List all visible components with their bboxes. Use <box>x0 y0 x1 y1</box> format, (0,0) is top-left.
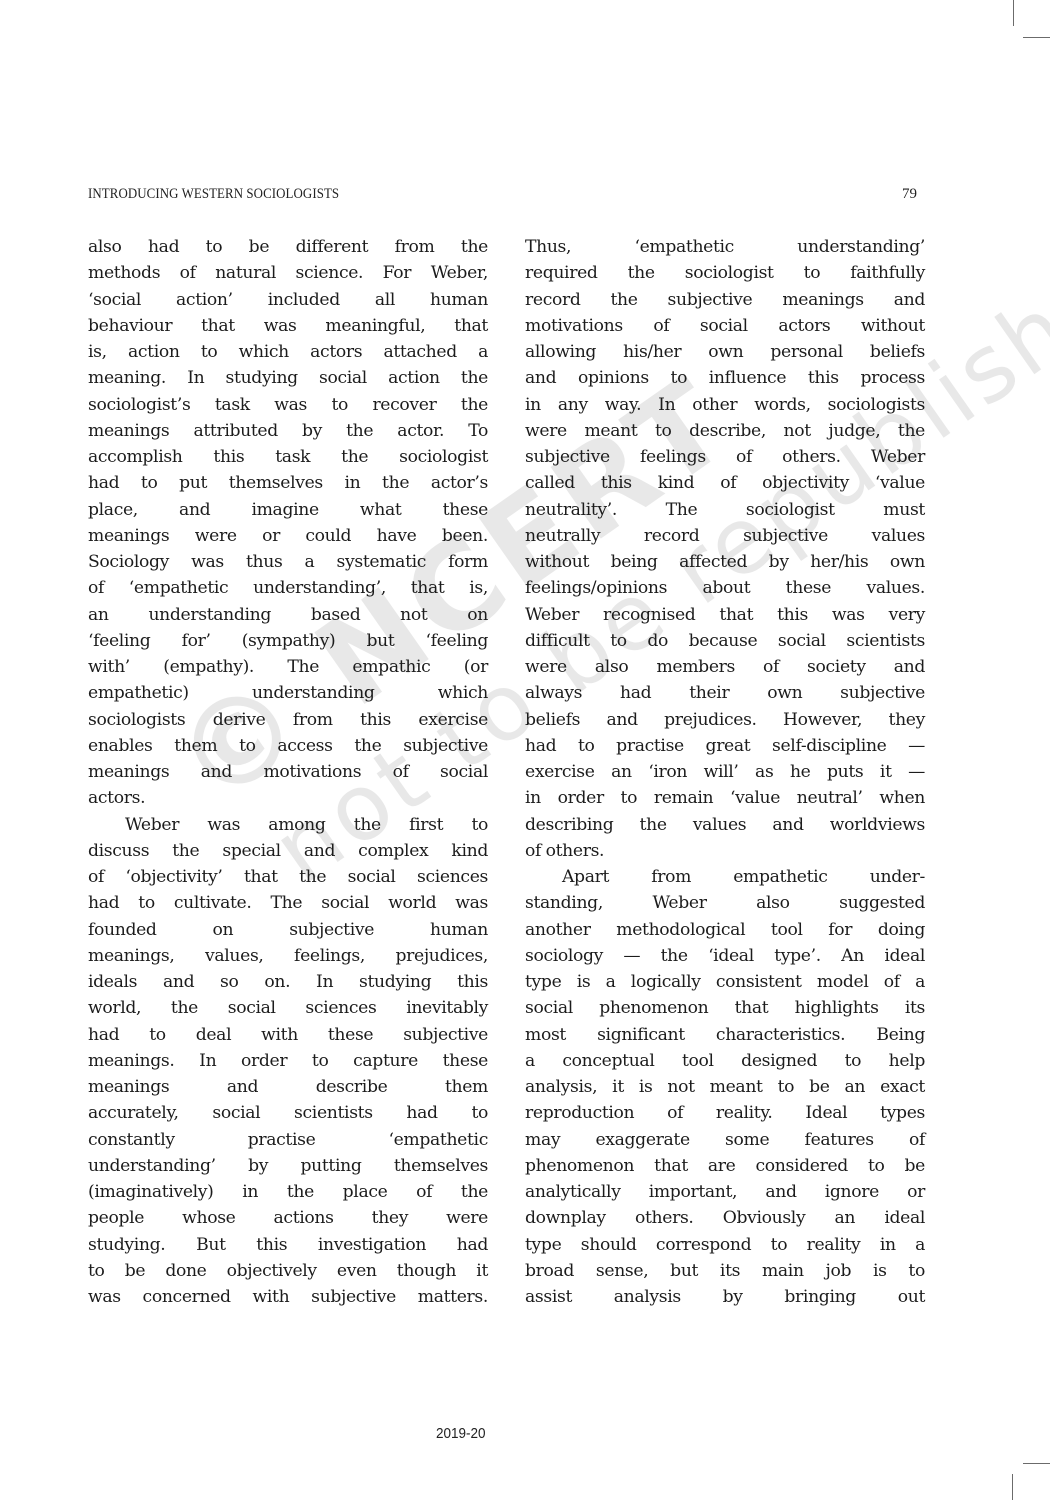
text-line: had to deal with these subjective <box>88 1022 488 1048</box>
text-line: to be done objectively even though it <box>88 1258 488 1284</box>
left-text-column: also had to be different from the method… <box>88 234 488 1310</box>
running-header-title: INTRODUCING WESTERN SOCIOLOGISTS <box>88 186 339 203</box>
paragraph-end-line: of others. <box>525 838 925 864</box>
text-line: is, action to which actors attached a <box>88 339 488 365</box>
text-line: understanding’ by putting themselves <box>88 1153 488 1179</box>
text-line: Weber recognised that this was very <box>525 602 925 628</box>
text-line: meanings were or could have been. <box>88 523 488 549</box>
text-line: world, the social sciences inevitably <box>88 995 488 1021</box>
text-line: without being affected by her/his own <box>525 549 925 575</box>
text-line: and opinions to influence this process <box>525 365 925 391</box>
text-line: in any way. In other words, sociologists <box>525 392 925 418</box>
text-line: accomplish this task the sociologist <box>88 444 488 470</box>
text-line: may exaggerate some features of <box>525 1127 925 1153</box>
text-line: analysis, it is not meant to be an exact <box>525 1074 925 1100</box>
text-line: allowing his/her own personal beliefs <box>525 339 925 365</box>
text-line: motivations of social actors without <box>525 313 925 339</box>
text-line: most significant characteristics. Being <box>525 1022 925 1048</box>
text-line: had to put themselves in the actor’s <box>88 470 488 496</box>
text-line: meaning. In studying social action the <box>88 365 488 391</box>
text-line: type is a logically consistent model of … <box>525 969 925 995</box>
text-line: beliefs and prejudices. However, they <box>525 707 925 733</box>
text-line: sociologists derive from this exercise <box>88 707 488 733</box>
text-line: always had their own subjective <box>525 680 925 706</box>
page-number: 79 <box>902 186 917 203</box>
text-line: phenomenon that are considered to be <box>525 1153 925 1179</box>
text-line: ‘feeling for’ (sympathy) but ‘feeling <box>88 628 488 654</box>
text-line: social phenomenon that highlights its <box>525 995 925 1021</box>
paragraph-end-line: actors. <box>88 785 488 811</box>
text-line: also had to be different from the <box>88 234 488 260</box>
text-line: place, and imagine what these <box>88 497 488 523</box>
text-line: neutrality’. The sociologist must <box>525 497 925 523</box>
text-line: behaviour that was meaningful, that <box>88 313 488 339</box>
text-line: were also members of society and <box>525 654 925 680</box>
text-line: had to practise great self-discipline — <box>525 733 925 759</box>
text-line: an understanding based not on <box>88 602 488 628</box>
footer-edition-year: 2019-20 <box>436 1425 486 1442</box>
text-line: of ‘empathetic understanding’, that is, <box>88 575 488 601</box>
crop-mark-bottom-vertical <box>1012 1474 1013 1500</box>
text-line: exercise an ‘iron will’ as he puts it — <box>525 759 925 785</box>
text-line: neutrally record subjective values <box>525 523 925 549</box>
text-line: reproduction of reality. Ideal types <box>525 1100 925 1126</box>
text-line: broad sense, but its main job is to <box>525 1258 925 1284</box>
text-line: enables them to access the subjective <box>88 733 488 759</box>
text-line: Thus, ‘empathetic understanding’ <box>525 234 925 260</box>
text-line: another methodological tool for doing <box>525 917 925 943</box>
text-line: meanings. In order to capture these <box>88 1048 488 1074</box>
text-line: meanings and motivations of social <box>88 759 488 785</box>
text-line: was concerned with subjective matters. <box>88 1284 488 1310</box>
text-line: empathetic) understanding which <box>88 680 488 706</box>
text-line: meanings attributed by the actor. To <box>88 418 488 444</box>
crop-mark-top-horizontal <box>1023 37 1050 38</box>
paragraph-start-line: Weber was among the first to <box>88 812 488 838</box>
text-line: discuss the special and complex kind <box>88 838 488 864</box>
text-line: analytically important, and ignore or <box>525 1179 925 1205</box>
text-line: Sociology was thus a systematic form <box>88 549 488 575</box>
text-line: standing, Weber also suggested <box>525 890 925 916</box>
text-line: constantly practise ‘empathetic <box>88 1127 488 1153</box>
text-line: (imaginatively) in the place of the <box>88 1179 488 1205</box>
text-line: ‘social action’ included all human <box>88 287 488 313</box>
text-line: had to cultivate. The social world was <box>88 890 488 916</box>
text-line: were meant to describe, not judge, the <box>525 418 925 444</box>
crop-mark-top-vertical <box>1013 0 1014 26</box>
text-line: studying. But this investigation had <box>88 1232 488 1258</box>
text-line: methods of natural science. For Weber, <box>88 260 488 286</box>
text-line: meanings, values, feelings, prejudices, <box>88 943 488 969</box>
text-line: difficult to do because social scientist… <box>525 628 925 654</box>
text-line: ideals and so on. In studying this <box>88 969 488 995</box>
text-line: called this kind of objectivity ‘value <box>525 470 925 496</box>
text-line: describing the values and worldviews <box>525 812 925 838</box>
text-line: record the subjective meanings and <box>525 287 925 313</box>
book-page: © NCERT not to be republished INTRODUCIN… <box>0 0 1050 1500</box>
paragraph-start-line: Apart from empathetic under- <box>525 864 925 890</box>
text-line: in order to remain ‘value neutral’ when <box>525 785 925 811</box>
text-line: sociologist’s task was to recover the <box>88 392 488 418</box>
running-header: INTRODUCING WESTERN SOCIOLOGISTS <box>88 186 809 206</box>
crop-mark-bottom-horizontal <box>1023 1463 1050 1464</box>
text-line: downplay others. Obviously an ideal <box>525 1205 925 1231</box>
text-line: feelings/opinions about these values. <box>525 575 925 601</box>
right-text-column: Thus, ‘empathetic understanding’ require… <box>525 234 925 1310</box>
text-line: meanings and describe them <box>88 1074 488 1100</box>
text-line: sociology — the ‘ideal type’. An ideal <box>525 943 925 969</box>
text-line: assist analysis by bringing out <box>525 1284 925 1310</box>
text-line: with’ (empathy). The empathic (or <box>88 654 488 680</box>
text-line: founded on subjective human <box>88 917 488 943</box>
text-line: of ‘objectivity’ that the social science… <box>88 864 488 890</box>
text-line: accurately, social scientists had to <box>88 1100 488 1126</box>
text-line: subjective feelings of others. Weber <box>525 444 925 470</box>
text-line: a conceptual tool designed to help <box>525 1048 925 1074</box>
text-line: type should correspond to reality in a <box>525 1232 925 1258</box>
text-line: required the sociologist to faithfully <box>525 260 925 286</box>
text-line: people whose actions they were <box>88 1205 488 1231</box>
